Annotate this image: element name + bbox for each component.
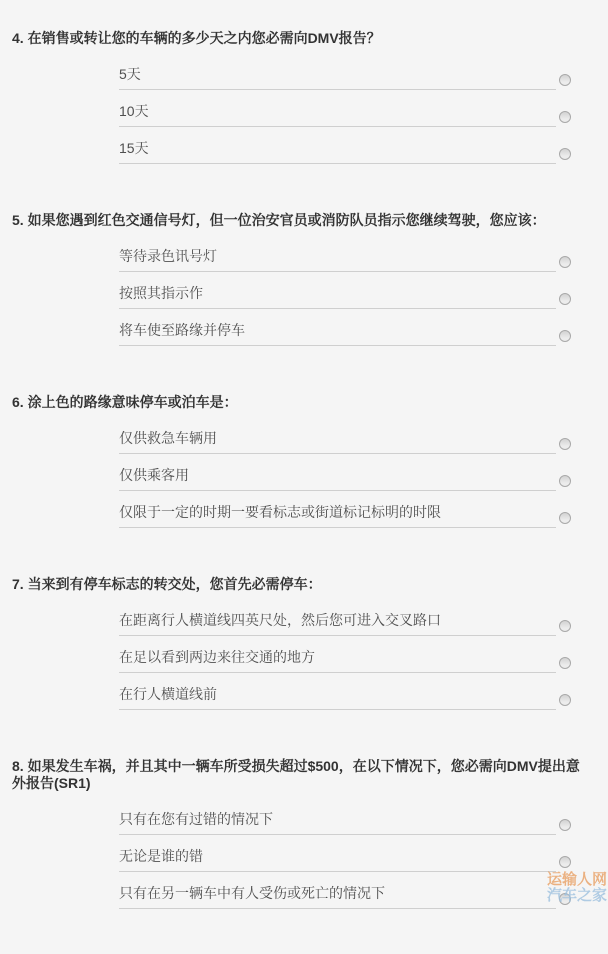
question-title: 4. 在销售或转让您的车辆的多少天之内您必需向DMV报告？ — [12, 30, 587, 47]
question-title: 8. 如果发生车祸，并且其中一辆车所受损失超过$500，在以下情况下，您必需向D… — [12, 758, 587, 792]
option-row[interactable]: 10天 — [119, 103, 571, 127]
option-label: 在足以看到两边来往交通的地方 — [119, 649, 556, 673]
radio-button-icon[interactable] — [559, 438, 571, 450]
radio-button-icon[interactable] — [559, 856, 571, 868]
radio-button-icon[interactable] — [559, 657, 571, 669]
radio-button-icon[interactable] — [559, 111, 571, 123]
radio-button-icon[interactable] — [559, 620, 571, 632]
option-row[interactable]: 仅供乘客用 — [119, 467, 571, 491]
option-label: 只有在您有过错的情况下 — [119, 811, 556, 835]
quiz-page: 4. 在销售或转让您的车辆的多少天之内您必需向DMV报告？5天10天15天5. … — [0, 0, 608, 909]
radio-button-icon[interactable] — [559, 293, 571, 305]
option-row[interactable]: 5天 — [119, 66, 571, 90]
option-label: 在行人横道线前 — [119, 686, 556, 710]
option-row[interactable]: 只有在您有过错的情况下 — [119, 811, 571, 835]
options-list: 仅供救急车辆用仅供乘客用仅限于一定的时期一要看标志或街道标记标明的时限 — [119, 430, 571, 528]
radio-button-icon[interactable] — [559, 256, 571, 268]
radio-button-icon[interactable] — [559, 475, 571, 487]
option-row[interactable]: 将车使至路缘并停车 — [119, 322, 571, 346]
radio-button-icon[interactable] — [559, 512, 571, 524]
options-list: 等待录色讯号灯按照其指示作将车使至路缘并停车 — [119, 248, 571, 346]
radio-button-icon[interactable] — [559, 893, 571, 905]
question-block: 4. 在销售或转让您的车辆的多少天之内您必需向DMV报告？5天10天15天 — [12, 30, 596, 164]
question-block: 8. 如果发生车祸，并且其中一辆车所受损失超过$500，在以下情况下，您必需向D… — [12, 758, 596, 909]
option-row[interactable]: 在行人横道线前 — [119, 686, 571, 710]
radio-button-icon[interactable] — [559, 148, 571, 160]
options-list: 5天10天15天 — [119, 66, 571, 164]
option-row[interactable]: 在足以看到两边来往交通的地方 — [119, 649, 571, 673]
option-label: 5天 — [119, 66, 556, 90]
question-list: 4. 在销售或转让您的车辆的多少天之内您必需向DMV报告？5天10天15天5. … — [12, 30, 596, 909]
option-row[interactable]: 15天 — [119, 140, 571, 164]
question-block: 7. 当来到有停车标志的转交处，您首先必需停车：在距离行人横道线四英尺处，然后您… — [12, 576, 596, 710]
option-label: 按照其指示作 — [119, 285, 556, 309]
option-label: 仅供乘客用 — [119, 467, 556, 491]
question-title: 6. 涂上色的路缘意味停车或泊车是： — [12, 394, 587, 411]
option-row[interactable]: 按照其指示作 — [119, 285, 571, 309]
option-row[interactable]: 无论是谁的错 — [119, 848, 571, 872]
option-label: 仅限于一定的时期一要看标志或街道标记标明的时限 — [119, 504, 556, 528]
option-row[interactable]: 在距离行人横道线四英尺处，然后您可进入交叉路口 — [119, 612, 571, 636]
option-row[interactable]: 仅供救急车辆用 — [119, 430, 571, 454]
option-label: 等待录色讯号灯 — [119, 248, 556, 272]
question-block: 6. 涂上色的路缘意味停车或泊车是：仅供救急车辆用仅供乘客用仅限于一定的时期一要… — [12, 394, 596, 528]
option-label: 仅供救急车辆用 — [119, 430, 556, 454]
radio-button-icon[interactable] — [559, 330, 571, 342]
option-row[interactable]: 仅限于一定的时期一要看标志或街道标记标明的时限 — [119, 504, 571, 528]
option-label: 15天 — [119, 140, 556, 164]
option-label: 将车使至路缘并停车 — [119, 322, 556, 346]
radio-button-icon[interactable] — [559, 74, 571, 86]
radio-button-icon[interactable] — [559, 819, 571, 831]
question-title: 7. 当来到有停车标志的转交处，您首先必需停车： — [12, 576, 587, 593]
options-list: 在距离行人横道线四英尺处，然后您可进入交叉路口在足以看到两边来往交通的地方在行人… — [119, 612, 571, 710]
question-title: 5. 如果您遇到红色交通信号灯，但一位治安官员或消防队员指示您继续驾驶，您应该： — [12, 212, 587, 229]
option-label: 只有在另一辆车中有人受伤或死亡的情况下 — [119, 885, 556, 909]
option-label: 在距离行人横道线四英尺处，然后您可进入交叉路口 — [119, 612, 556, 636]
options-list: 只有在您有过错的情况下无论是谁的错只有在另一辆车中有人受伤或死亡的情况下 — [119, 811, 571, 909]
option-label: 10天 — [119, 103, 556, 127]
option-row[interactable]: 等待录色讯号灯 — [119, 248, 571, 272]
option-label: 无论是谁的错 — [119, 848, 556, 872]
radio-button-icon[interactable] — [559, 694, 571, 706]
question-block: 5. 如果您遇到红色交通信号灯，但一位治安官员或消防队员指示您继续驾驶，您应该：… — [12, 212, 596, 346]
option-row[interactable]: 只有在另一辆车中有人受伤或死亡的情况下 — [119, 885, 571, 909]
